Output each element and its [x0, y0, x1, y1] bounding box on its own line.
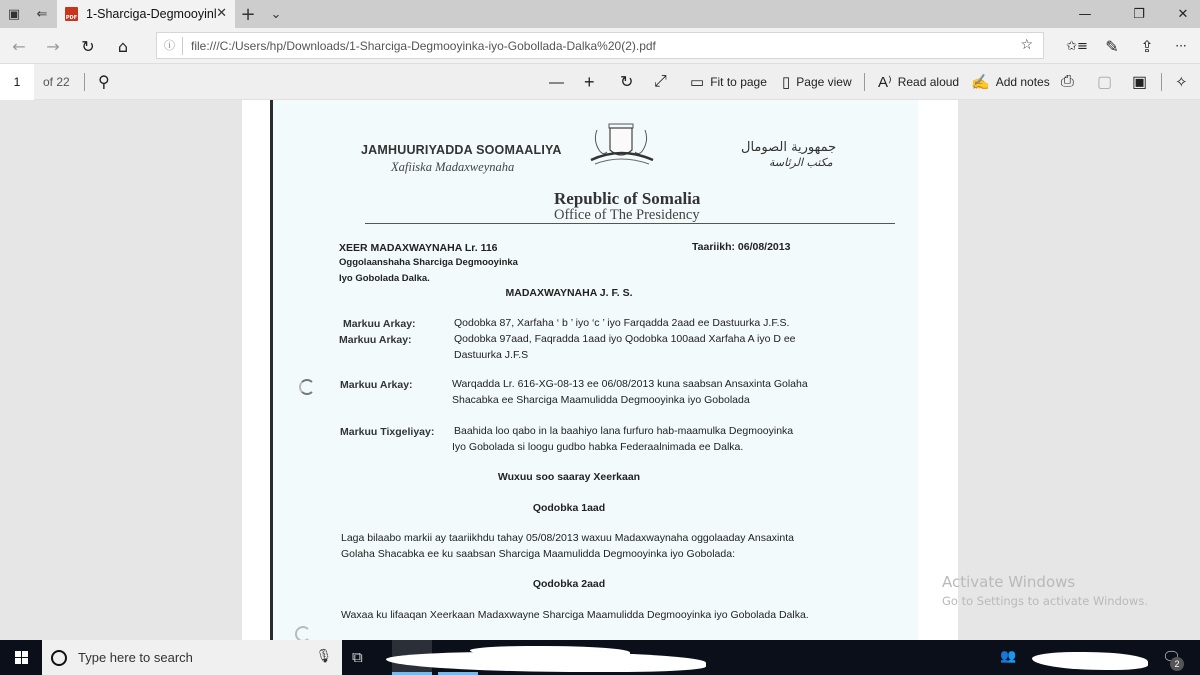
search-icon: ⚲ — [98, 72, 110, 92]
clause-text: Qodobka 87, Xarfaha ‘ b ’ iyo ‘c ’ iyo F… — [454, 317, 789, 329]
article-1-title: Qodobka 1aad — [245, 502, 893, 514]
scanned-page: JAMHUURIYADDA SOOMAALIYA Xafiiska Madaxw… — [270, 100, 918, 640]
back-button[interactable]: ← — [4, 32, 34, 60]
fit-to-page-label: Fit to page — [710, 75, 767, 89]
clause-label: Markuu Arkay: — [339, 334, 412, 346]
watermark-subtitle: Go to Settings to activate Windows. — [942, 594, 1148, 608]
star-icon[interactable]: ☆ — [1020, 37, 1033, 53]
clause-text: Qodobka 97aad, Faqradda 1aad iyo Qodobka… — [454, 333, 796, 345]
close-tab-icon[interactable]: ✕ — [216, 6, 227, 21]
add-notes-label: Add notes — [996, 75, 1050, 89]
watermark-title: Activate Windows — [942, 573, 1148, 591]
set-tabs-aside-button[interactable]: ▣ — [0, 0, 28, 28]
new-tab-button[interactable]: + — [234, 0, 262, 28]
search-placeholder: Type here to search — [78, 650, 193, 665]
restore-button[interactable]: ❐ — [1116, 0, 1162, 28]
share-icon: ⇪ — [1140, 37, 1153, 56]
pen-icon: ✎ — [1105, 37, 1118, 56]
start-button[interactable] — [0, 640, 42, 675]
coat-of-arms-icon — [583, 116, 661, 172]
home-icon: ⌂ — [118, 37, 128, 56]
divider — [1161, 73, 1162, 91]
header-arabic: جمهورية الصومال — [741, 140, 836, 155]
article-1-text: Laga bilaabo markii ay taariikhdu tahay … — [341, 532, 794, 544]
article-2-text: Waxaa ku lifaaqan Xeerkaan Madaxwayne Sh… — [341, 609, 809, 621]
refresh-icon: ↻ — [81, 37, 94, 56]
minimize-button[interactable]: — — [1062, 0, 1108, 28]
print-icon: ⎙ — [1061, 73, 1074, 91]
read-aloud-button[interactable]: A⁾Read aloud — [878, 64, 959, 100]
office-title: Office of The Presidency — [554, 207, 700, 224]
clause-label: Markuu Arkay: — [340, 379, 413, 391]
loading-spinner-icon — [295, 626, 311, 640]
pdf-icon-label: PDF — [66, 15, 77, 21]
forward-button[interactable]: → — [38, 32, 68, 60]
fit-page-icon: ▭ — [690, 73, 704, 91]
subject-line-1: Oggolaanshaha Sharciga Degmooyinka — [339, 257, 518, 268]
clause-label: Markuu Tixgeliyay: — [340, 426, 434, 438]
close-window-button[interactable]: ✕ — [1160, 0, 1200, 28]
clause-text: Baahida loo qabo in la baahiyo lana furf… — [454, 425, 793, 437]
more-icon: ··· — [1175, 39, 1186, 53]
favorites-button[interactable]: ✩≡ — [1062, 32, 1092, 60]
pdf-page: JAMHUURIYADDA SOOMAALIYA Xafiiska Madaxw… — [242, 100, 958, 640]
share-button[interactable]: ⇪ — [1132, 32, 1162, 60]
header-somali: JAMHUURIYADDA SOOMAALIYA — [361, 143, 562, 157]
pen-icon: ✍ — [971, 73, 990, 91]
people-icon[interactable]: 👥 — [1000, 649, 1016, 664]
divider — [84, 73, 85, 91]
title-bar: ▣ ⇐ PDF 1-Sharciga-Degmooyinl ✕ + ⌄ — ❐ … — [0, 0, 1200, 28]
close-icon: ✕ — [1178, 7, 1189, 22]
show-tabs-aside-button[interactable]: ⇐ — [28, 0, 56, 28]
tab-title: 1-Sharciga-Degmooyinl — [86, 7, 216, 21]
issued-heading: Wuxuu soo saaray Xeerkaan — [245, 471, 893, 483]
article-1-text: Golaha Shacabka ee ku saabsan Sharciga M… — [341, 548, 735, 560]
header-somali-sub: Xafiiska Madaxweynaha — [391, 160, 514, 175]
web-note-button[interactable]: ✎ — [1097, 32, 1127, 60]
redacted-clock — [1032, 652, 1148, 670]
zoom-in-button[interactable]: + — [584, 64, 595, 100]
clause-text: Warqadda Lr. 616-XG-08-13 ee 06/08/2013 … — [452, 378, 808, 390]
header-arabic-sub: مكتب الرئاسة — [769, 156, 833, 169]
notification-count-badge: 2 — [1170, 657, 1184, 671]
print-button[interactable]: ⎙ — [1061, 64, 1074, 100]
clause-text: Iyo Gobolada si loogu gudbo habka Federa… — [452, 441, 743, 453]
restore-icon: ❐ — [1133, 7, 1145, 22]
url-text[interactable]: file:///C:/Users/hp/Downloads/1-Sharciga… — [183, 39, 656, 53]
minus-icon: — — [549, 74, 564, 91]
clause-label: Markuu Arkay: — [343, 318, 416, 330]
page-count: of 22 — [43, 75, 70, 89]
president-heading: MADAXWAYNAHA J. F. S. — [245, 287, 893, 299]
save-icon: ▢ — [1097, 72, 1112, 92]
fullscreen-button[interactable]: ⤢ — [654, 64, 667, 100]
chevron-down-icon: ⌄ — [271, 7, 282, 22]
windows-logo-icon — [15, 651, 28, 664]
microphone-icon[interactable]: 🎙 — [315, 649, 332, 664]
pdf-toolbar: 1 of 22 ⚲ — + ↻ ⤢ ▭Fit to page ▯Page vie… — [0, 64, 1200, 100]
pdf-file-icon: PDF — [65, 7, 78, 21]
expand-icon: ⤢ — [654, 73, 667, 91]
more-button[interactable]: ··· — [1166, 32, 1196, 60]
tab-list-button[interactable]: ⌄ — [262, 0, 290, 28]
taskbar-search[interactable]: Type here to search 🎙 — [42, 640, 342, 675]
arrow-right-icon: → — [46, 37, 59, 56]
navigation-bar: ← → ↻ ⌂ ⓘ file:///C:/Users/hp/Downloads/… — [0, 28, 1200, 64]
minimize-icon: — — [1079, 7, 1092, 22]
pdf-viewer[interactable]: JAMHUURIYADDA SOOMAALIYA Xafiiska Madaxw… — [0, 100, 1200, 640]
subject-line-2: Iyo Gobolada Dalka. — [339, 273, 430, 284]
page-view-button[interactable]: ▯Page view — [782, 64, 852, 100]
taskbar: Type here to search 🎙 ⧉ 👥 🗨 2 — [0, 640, 1200, 675]
search-button[interactable]: ⚲ — [98, 64, 110, 100]
article-2-title: Qodobka 2aad — [245, 578, 893, 590]
read-aloud-icon: A⁾ — [878, 73, 892, 91]
clause-text: Shacabka ee Sharciga Maamulidda Degmooyi… — [452, 394, 750, 406]
pin-icon: ✧ — [1175, 73, 1188, 91]
republic-title: Republic of Somalia — [554, 189, 700, 209]
zoom-out-button[interactable]: — — [549, 64, 570, 100]
tab-active[interactable]: PDF 1-Sharciga-Degmooyinl ✕ — [57, 0, 235, 28]
arrow-left-icon: ← — [12, 37, 25, 56]
pin-toolbar-button[interactable]: ✧ — [1175, 64, 1188, 100]
plus-icon: + — [584, 72, 595, 93]
read-aloud-label: Read aloud — [898, 75, 959, 89]
rotate-icon: ↻ — [620, 72, 633, 92]
fit-to-page-button[interactable]: ▭Fit to page — [690, 64, 767, 100]
header-rule — [365, 223, 895, 224]
rotate-button[interactable]: ↻ — [620, 64, 633, 100]
loading-spinner-icon — [299, 379, 315, 395]
save-as-button[interactable]: ▣ — [1132, 64, 1147, 100]
clause-text: Dastuurka J.F.S — [454, 349, 528, 361]
add-notes-button[interactable]: ✍Add notes — [971, 64, 1050, 100]
decree-number: XEER MADAXWAYNAHA Lr. 116 — [339, 242, 498, 254]
favorites-list-icon: ✩≡ — [1066, 39, 1088, 54]
tabs-aside-icon: ⇐ — [37, 7, 48, 22]
page-number-input[interactable]: 1 — [0, 64, 34, 100]
page-view-icon: ▯ — [782, 73, 790, 91]
task-view-icon[interactable]: ⧉ — [352, 648, 363, 666]
plus-icon: + — [240, 4, 255, 25]
activate-windows-watermark: Activate Windows Go to Settings to activ… — [942, 573, 1148, 608]
divider — [864, 73, 865, 91]
cortana-icon — [51, 650, 67, 666]
decree-date: Taariikh: 06/08/2013 — [692, 241, 790, 253]
save-button[interactable]: ▢ — [1097, 64, 1112, 100]
home-button[interactable]: ⌂ — [108, 32, 138, 60]
set-tabs-aside-icon: ▣ — [8, 7, 20, 22]
save-as-icon: ▣ — [1132, 72, 1147, 92]
page-view-label: Page view — [796, 75, 851, 89]
info-icon[interactable]: ⓘ — [157, 37, 183, 55]
address-bar[interactable]: ⓘ file:///C:/Users/hp/Downloads/1-Sharci… — [156, 32, 1044, 59]
refresh-button[interactable]: ↻ — [73, 32, 103, 60]
